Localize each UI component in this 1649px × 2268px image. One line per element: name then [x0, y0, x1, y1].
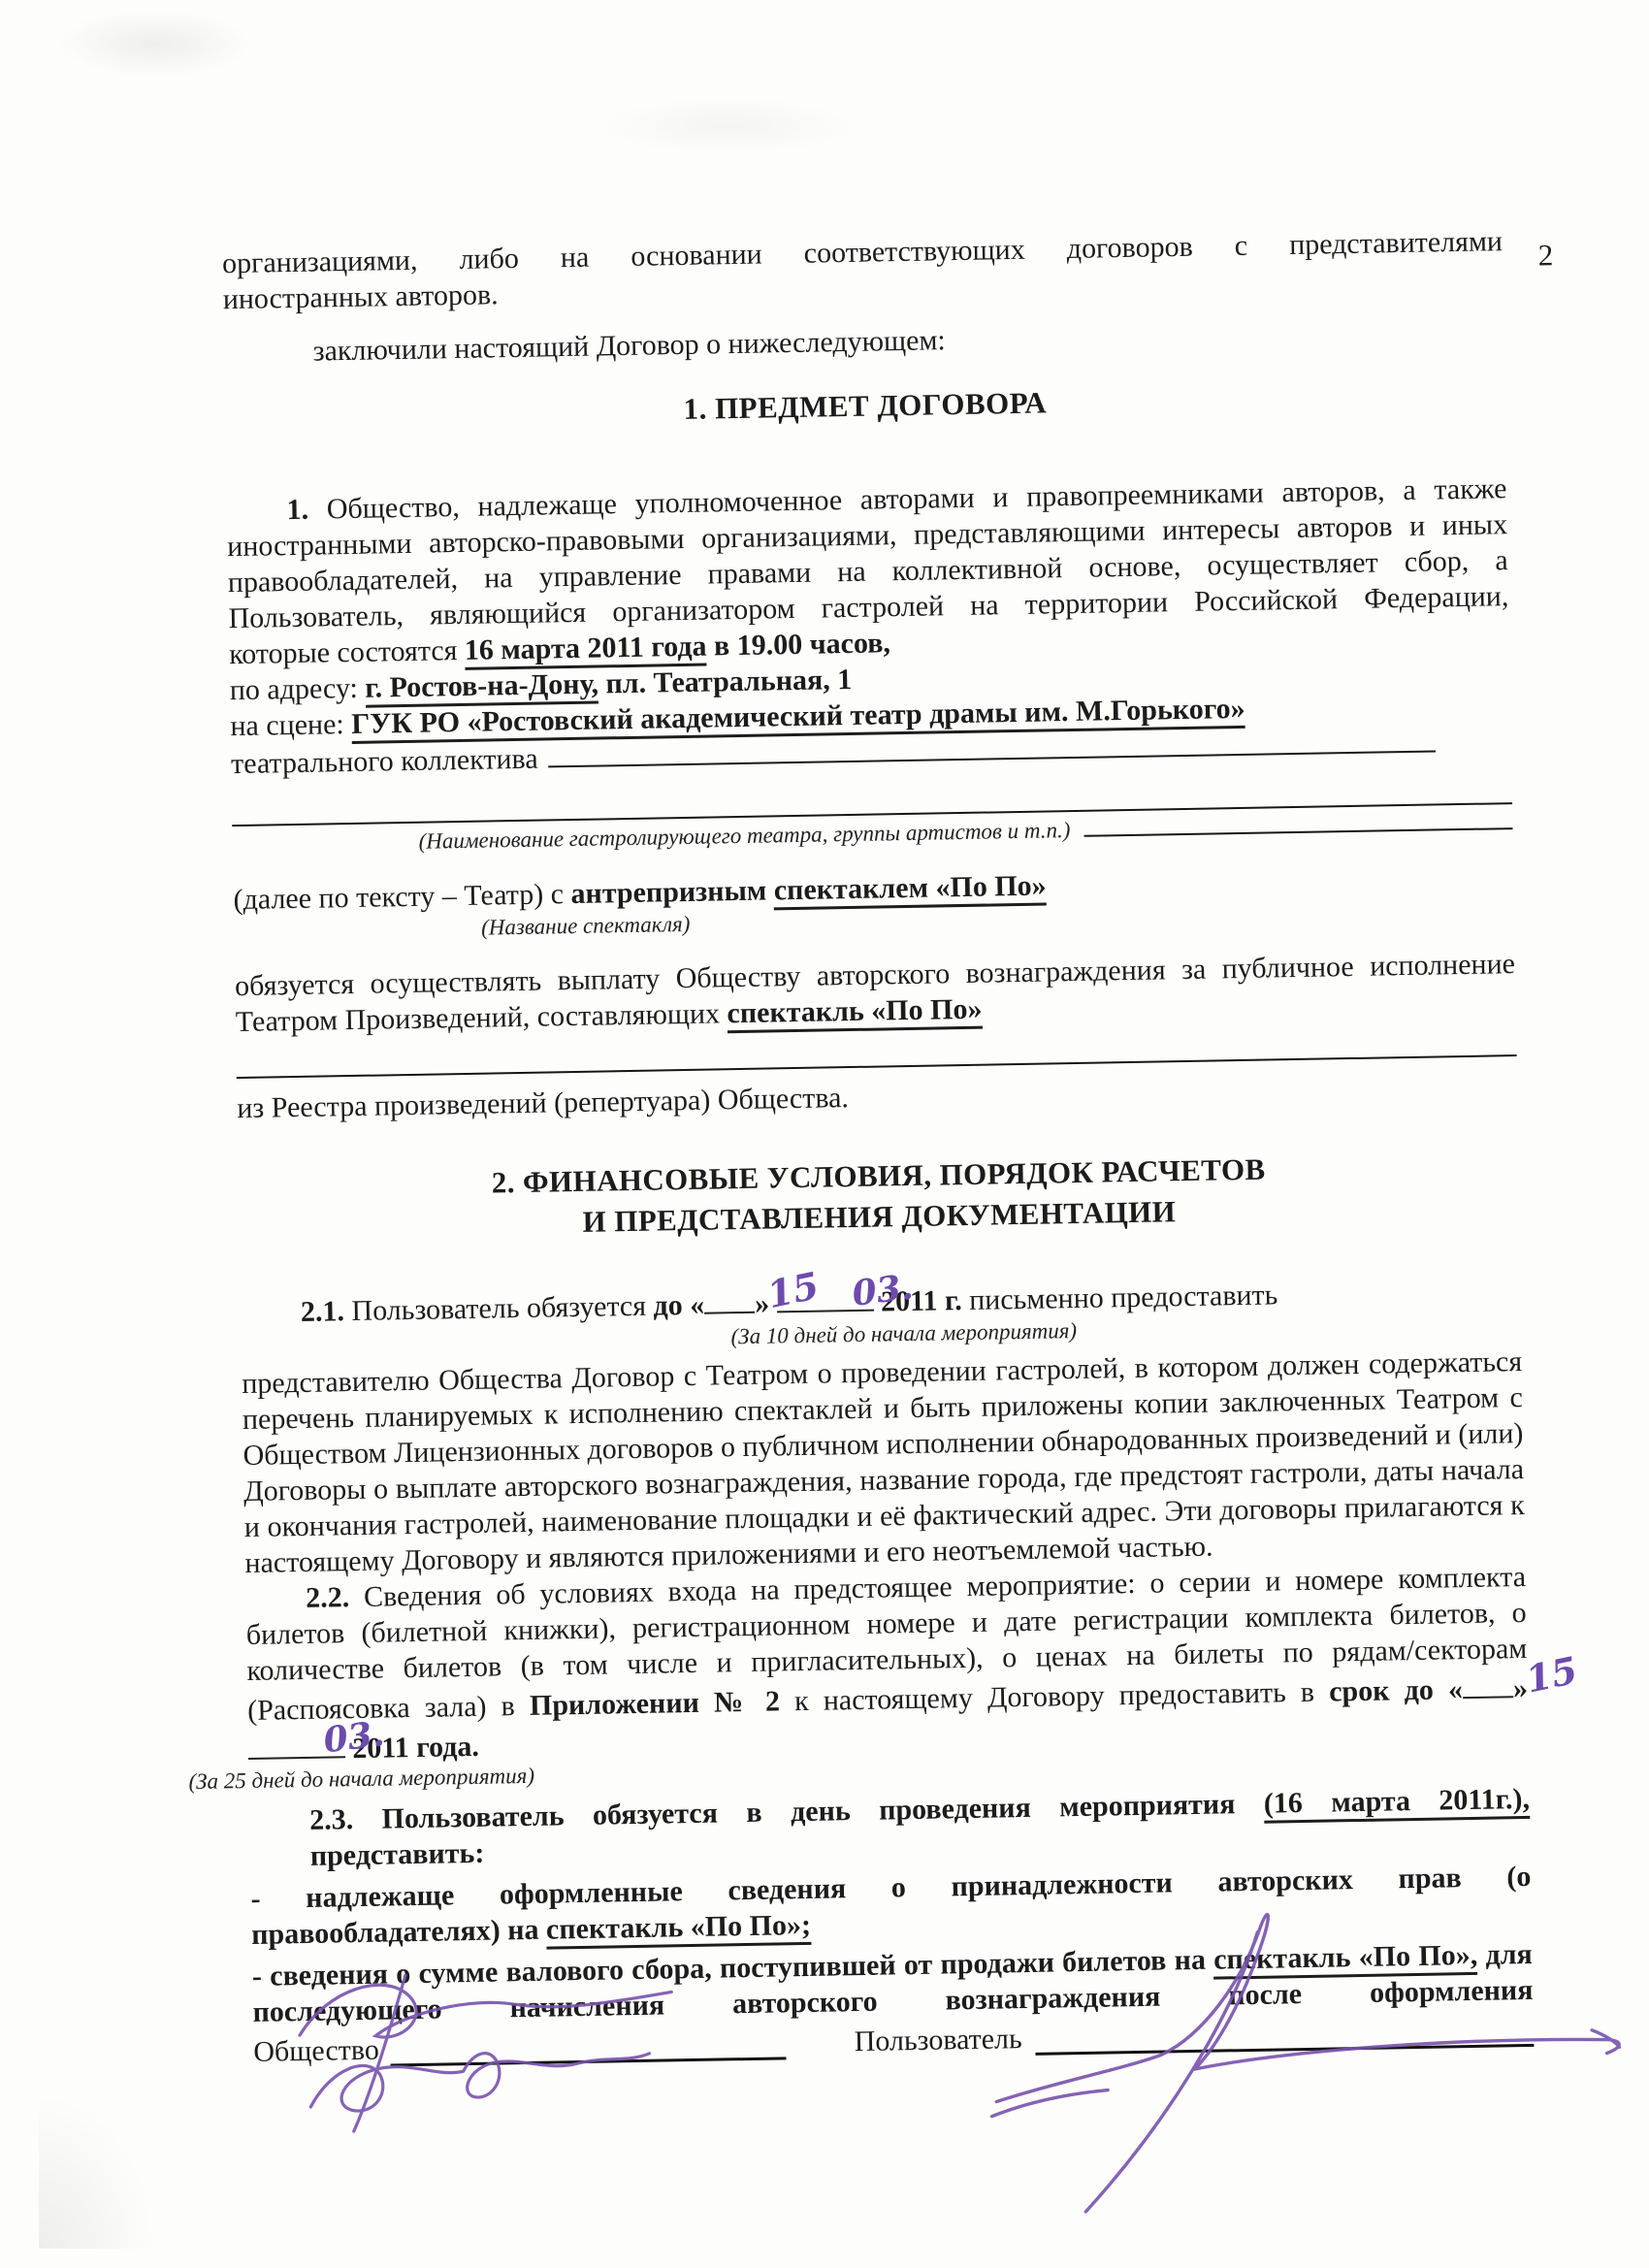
show-title-prefix: (далее по тексту – Театр) с	[233, 878, 570, 916]
day-field-2-1: 15	[704, 1282, 756, 1314]
intro-paragraph: организациями, либо на основании соответ…	[222, 223, 1503, 317]
clause-2-1-number: 2.1.	[301, 1295, 345, 1328]
preamble-line: заключили настоящий Договор о нижеследую…	[312, 312, 1503, 369]
address-venue: пл. Театральная, 1	[598, 664, 853, 700]
subject-paragraph: 1. Общество, надлежаще уполномоченное ав…	[226, 470, 1508, 636]
royalty-paragraph: обязуется осуществлять выплату Обществу …	[235, 946, 1516, 1040]
theatre-name-caption: (Наименование гастролирующего театра, гр…	[418, 818, 1070, 855]
quote-open: «	[1448, 1673, 1464, 1705]
clause-2-1-lead: Пользователь обязуется	[344, 1290, 654, 1328]
scanned-contract-page: { "page": { "number": "2" }, "intro": { …	[0, 0, 1649, 2268]
registry-line: из Реестра произведений (репертуара) Общ…	[237, 1068, 1517, 1126]
page-number: 2	[1537, 238, 1553, 273]
collective-label: театрального коллектива	[231, 743, 538, 781]
day-field-2-2: 15	[1463, 1667, 1514, 1699]
clause-2-2-srok: срок до	[1329, 1673, 1448, 1707]
clause-1-text: Общество, надлежаще уполномоченное автор…	[227, 472, 1509, 634]
quote-open: «	[690, 1289, 705, 1321]
clause-2-3-number: 2.3.	[309, 1803, 354, 1836]
scan-smudge	[58, 10, 252, 78]
royalty-show-title: спектакль «По По»	[727, 993, 983, 1034]
event-time-value: в 19.00 часов,	[706, 627, 890, 662]
user-signature-line	[1035, 2015, 1534, 2056]
list-item-gross-show: спектакль «По По»,	[1213, 1939, 1478, 1980]
scan-smudge	[39, 2093, 155, 2249]
section-1-heading: 1. ПРЕДМЕТ ДОГОВОРА	[225, 375, 1505, 437]
month-field-2-2: 03.	[247, 1727, 345, 1760]
society-signature-line	[391, 2027, 788, 2066]
clause-2-3-date: (16 марта 2011г.),	[1264, 1783, 1531, 1824]
clause-2-1-body: представителю Общества Договор с Театром…	[242, 1344, 1526, 1581]
address-label: по адресу:	[230, 672, 366, 706]
month-field-2-1: 03.	[776, 1280, 874, 1313]
clause-2-2-number: 2.2.	[306, 1581, 350, 1614]
list-item-rights-show: спектакль «По По»;	[546, 1909, 812, 1950]
clause-2-2-paragraph: 2.2. Сведения об условиях входа на предс…	[245, 1559, 1529, 1768]
theatre-name-rule-right	[1084, 827, 1513, 837]
scan-smudge	[601, 97, 854, 155]
caption-spacer	[233, 855, 419, 858]
clause-1-number: 1.	[286, 494, 308, 526]
section-2-heading: 2. ФИНАНСОВЫЕ УСЛОВИЯ, ПОРЯДОК РАСЧЕТОВ …	[238, 1145, 1519, 1248]
attachment-reference: Приложении № 2	[530, 1685, 781, 1721]
clause-2-2-text-2: к настоящему Договору предоставить в	[780, 1676, 1330, 1718]
signature-gap	[787, 2058, 855, 2059]
stage-label: на сцене:	[230, 708, 351, 742]
event-date-prefix: которые состоятся	[229, 634, 465, 670]
show-type: антрепризным	[570, 874, 774, 910]
contract-page-body: 2 организациями, либо на основании соотв…	[222, 223, 1535, 2069]
show-title-value: спектаклем «По По»	[774, 869, 1047, 910]
clause-2-1-do: до	[653, 1289, 690, 1322]
society-label: Общество	[253, 2034, 379, 2069]
clause-2-1-tail: письменно предоставить	[961, 1279, 1277, 1316]
list-item-rights-text: правообладателях) на	[251, 1914, 546, 1951]
user-label: Пользователь	[854, 2023, 1022, 2058]
